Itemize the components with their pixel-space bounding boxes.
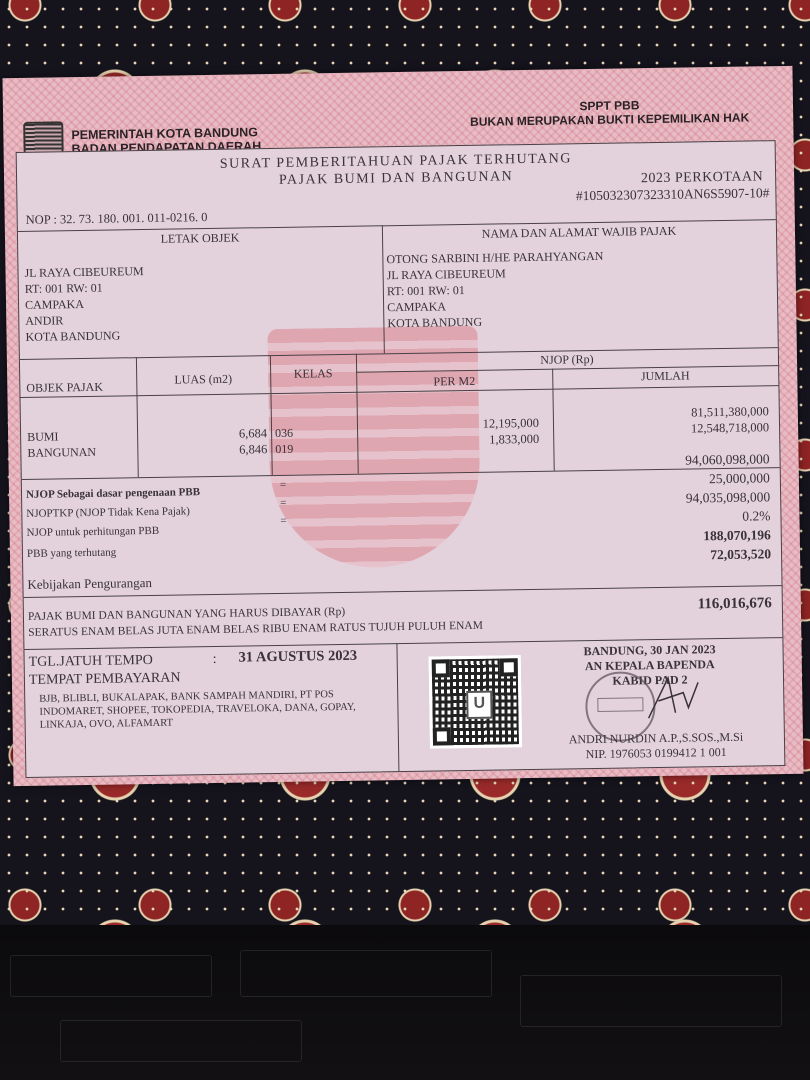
table-cell: 1,833,000 [357,431,539,450]
col-jumlah: JUMLAH [552,367,778,386]
col-luas: LUAS (m2) [136,371,270,388]
equals-sign: = [280,477,286,493]
col-kelas: KELAS [270,366,356,382]
summary-label: Kebijakan Pengurangan [27,575,152,593]
address-line: KOTA BANDUNG [25,327,144,345]
document-code: #105032307323310AN6S5907-10# [576,185,770,204]
sppt-header: SPPT PBB BUKAN MERUPAKAN BUKTI KEPEMILIK… [470,97,750,129]
taxpayer-name: OTONG SARBINI H/HE PARAHYANGAN [386,248,603,267]
address-line: CAMPAKA [25,295,144,313]
tax-year: 2023 PERKOTAAN [641,169,763,187]
table-col-luas: 6,684 6,846 [137,425,267,459]
address-line: ANDIR [25,311,144,329]
table-col-kelas: 036 019 [275,425,294,457]
table-col-jumlah: 81,511,380,000 12,548,718,000 [553,403,769,438]
table-cell: BANGUNAN [27,444,96,461]
table-col-objek: BUMI BANGUNAN [27,428,96,461]
summary-value: 94,060,098,000 [685,449,770,469]
address-line: KOTA BANDUNG [387,312,604,331]
address-line: RT: 001 RW: 01 [25,279,144,297]
table-cell: 6,846 [137,441,267,459]
payment-place-label: TEMPAT PEMBAYARAN [29,671,181,689]
summary-values: 94,060,098,000 25,000,000 94,035,098,000… [685,449,771,564]
payable-amount: 116,016,676 [698,595,772,612]
table-cell: 036 [275,425,293,441]
summary-label: NJOP untuk perhitungan PBB [27,523,160,541]
col-per-m2: PER M2 [356,373,552,391]
summary-value: 0.2% [686,506,771,526]
table-cell: 019 [275,441,293,457]
payment-places: BJB, BLIBLI, BUKALAPAK, BANK SAMPAH MAND… [39,688,356,732]
nop-number: NOP : 32. 73. 180. 001. 011-0216. 0 [26,210,208,228]
equals-sign: = [280,495,286,511]
taxpayer-address: OTONG SARBINI H/HE PARAHYANGAN JL RAYA C… [386,248,604,331]
summary-value: 188,070,196 [686,525,771,545]
summary-value: 72,053,520 [687,544,772,564]
colon: : [213,652,217,668]
signatory-nip: NIP. 1976053 0199412 1 001 [526,744,786,763]
summary-label: PBB yang terhutang [27,545,116,562]
col-objek-pajak: OBJEK PAJAK [26,380,103,396]
u-logo-icon: U [466,691,492,719]
ownership-disclaimer: BUKAN MERUPAKAN BUKTI KEPEMILIKAN HAK [470,111,749,129]
qr-code: U [429,655,522,748]
due-date-label: TGL.JATUH TEMPO [29,653,153,671]
object-location-heading: LETAK OBJEK [18,228,382,249]
tax-document: PEMERINTAH KOTA BANDUNG BADAN PENDAPATAN… [2,66,803,786]
summary-value: 94,035,098,000 [686,487,771,507]
table-cell: 12,548,718,000 [553,419,769,438]
equals-sign: = [280,513,286,529]
wall-background [0,925,810,1080]
object-location-address: JL RAYA CIBEUREUM RT: 001 RW: 01 CAMPAKA… [24,263,144,345]
table-col-per-m2: 12,195,000 1,833,000 [357,415,539,450]
summary-label: NJOP Sebagai dasar pengenaan PBB [26,484,200,503]
due-date-value: 31 AGUSTUS 2023 [238,648,357,667]
tax-form: SURAT PEMBERITAHUAN PAJAK TERHUTANG PAJA… [16,140,786,778]
signature-icon [643,672,704,723]
summary-value: 25,000,000 [685,468,770,488]
signatory: ANDRI NURDIN A.P.,S.SOS.,M.Si NIP. 19760… [526,729,786,763]
table-cell: BUMI [27,428,96,445]
address-line: JL RAYA CIBEUREUM [24,263,143,281]
summary-label: NJOPTKP (NJOP Tidak Kena Pajak) [26,503,190,522]
